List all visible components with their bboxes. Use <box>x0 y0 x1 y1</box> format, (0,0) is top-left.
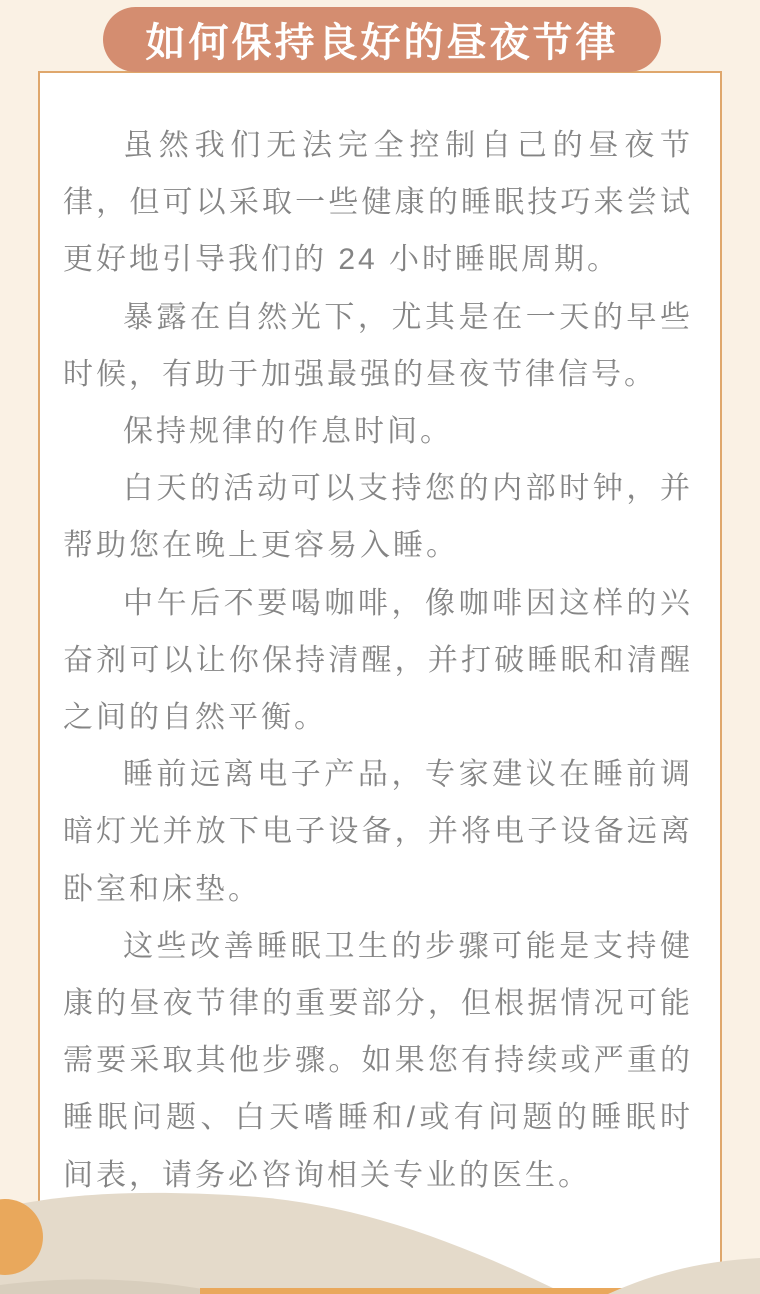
paragraph-intro: 虽然我们无法完全控制自己的昼夜节律，但可以采取一些健康的睡眠技巧来尝试更好地引导… <box>63 117 693 289</box>
orange-circle-decoration <box>0 1199 43 1275</box>
paragraph-see-doctor: 这些改善睡眠卫生的步骤可能是支持健康的昼夜节律的重要部分，但根据情况可能需要采取… <box>63 918 693 1204</box>
paragraph-no-coffee: 中午后不要喝咖啡，像咖啡因这样的兴奋剂可以让你保持清醒，并打破睡眠和清醒之间的自… <box>63 575 693 747</box>
paragraph-regular-schedule: 保持规律的作息时间。 <box>63 403 693 460</box>
article-body: 虽然我们无法完全控制自己的昼夜节律，但可以采取一些健康的睡眠技巧来尝试更好地引导… <box>63 117 693 1204</box>
page-title: 如何保持良好的昼夜节律 <box>146 11 619 68</box>
paragraph-daytime-activity: 白天的活动可以支持您的内部时钟，并帮助您在晚上更容易入睡。 <box>63 460 693 574</box>
title-banner: 如何保持良好的昼夜节律 <box>103 7 661 72</box>
paragraph-no-electronics: 睡前远离电子产品，专家建议在睡前调暗灯光并放下电子设备，并将电子设备远离卧室和床… <box>63 746 693 918</box>
paragraph-natural-light: 暴露在自然光下，尤其是在一天的早些时候，有助于加强最强的昼夜节律信号。 <box>63 289 693 403</box>
